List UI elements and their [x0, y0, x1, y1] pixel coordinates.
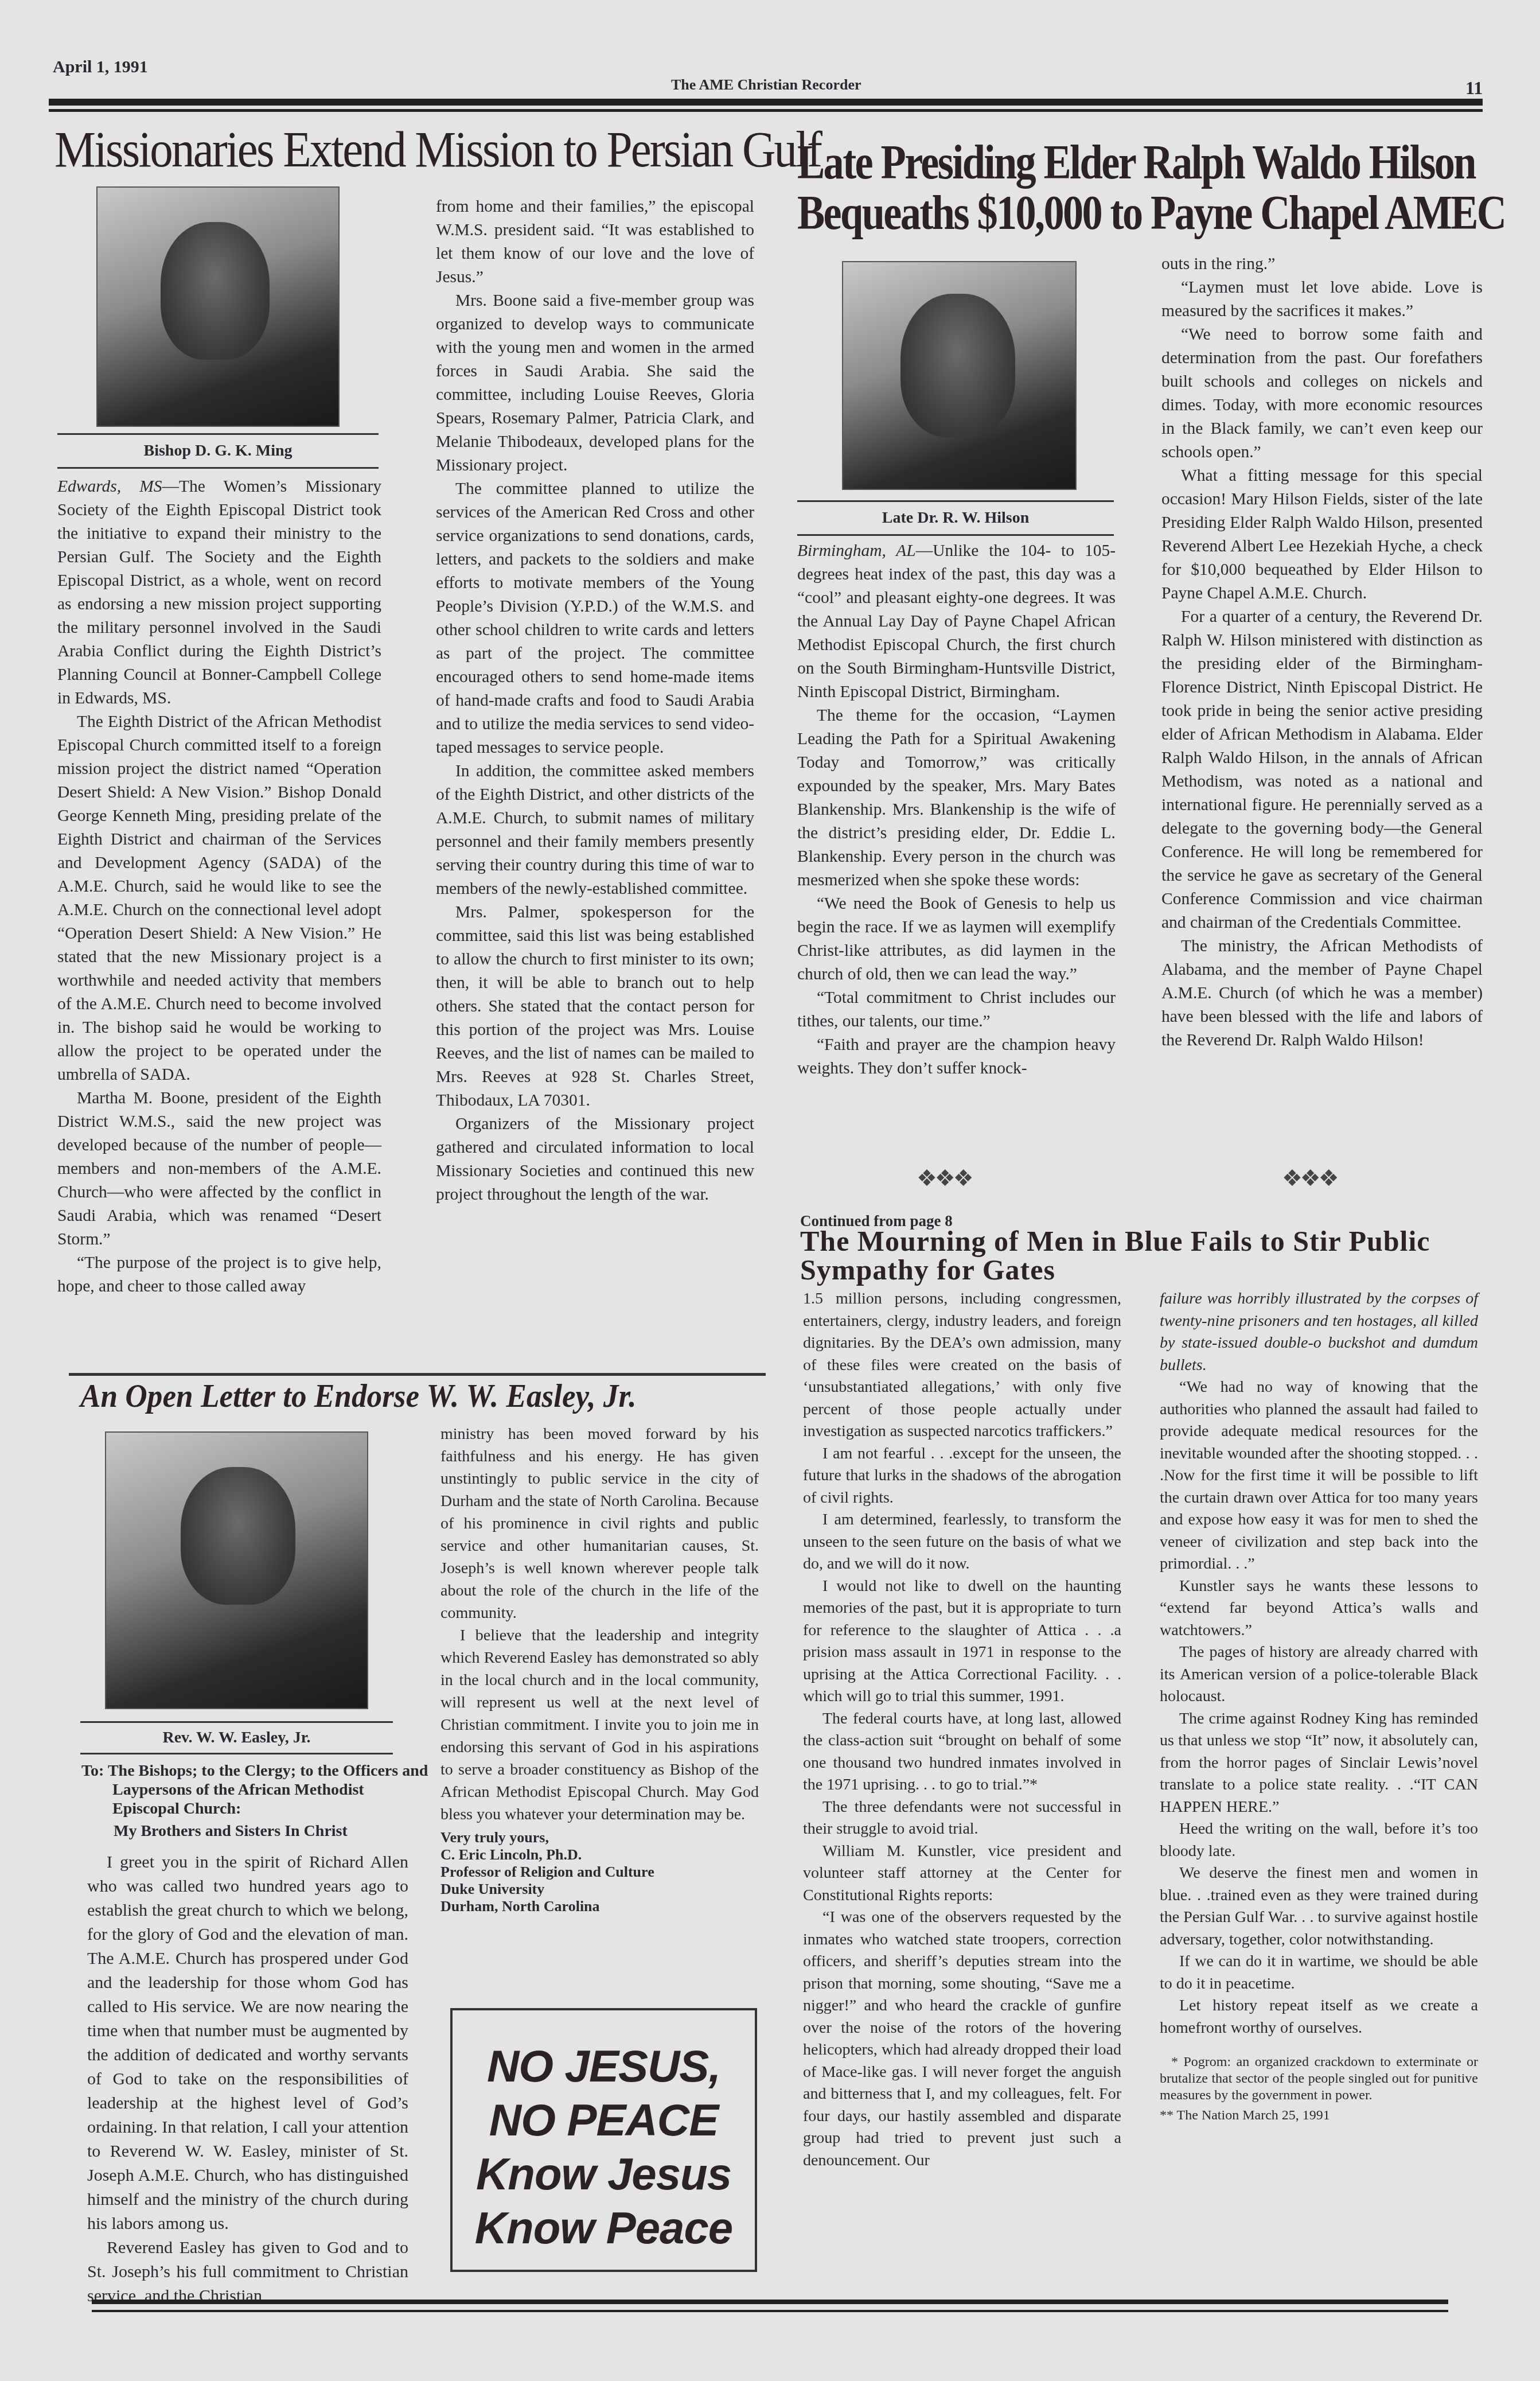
- headline-hilson: Late Presiding Elder Ralph Waldo Hilson …: [797, 138, 1512, 239]
- paragraph: The theme for the occasion, “Laymen Lead…: [797, 704, 1116, 892]
- column-hilson-2: outs in the ring.” “Laymen must let love…: [1161, 252, 1483, 1052]
- photo-bishop-ming: [96, 186, 340, 427]
- footnote-pogrom: * Pogrom: an organized crackdown to exte…: [1160, 2054, 1478, 2104]
- no-jesus-no-peace-box: NO JESUS, NO PEACE Know Jesus Know Peace: [450, 2008, 757, 2272]
- paragraph: Organizers of the Missionary project gat…: [436, 1112, 754, 1207]
- issue-date: April 1, 1991: [53, 57, 148, 77]
- ornament-icon: ❖❖❖: [917, 1165, 972, 1192]
- paragraph: I am determined, fearlessly, to transfor…: [803, 1509, 1121, 1575]
- paragraph: ministry has been moved forward by his f…: [440, 1423, 759, 1624]
- paragraph: I would not like to dwell on the hauntin…: [803, 1575, 1121, 1708]
- masthead-rule-thin: [49, 109, 1483, 112]
- publication-title: The AME Christian Recorder: [671, 76, 861, 94]
- paragraph: Birmingham, AL—Unlike the 104- to 105-de…: [797, 539, 1116, 704]
- column-missionaries-2: from home and their families,” the episc…: [436, 195, 754, 1207]
- signature-title: Professor of Religion and Culture: [440, 1863, 759, 1881]
- paragraph: For a quarter of a century, the Reverend…: [1161, 605, 1483, 935]
- signature-institution: Duke University: [440, 1881, 759, 1898]
- photo-hilson: [842, 261, 1077, 490]
- signature-closing: Very truly yours,: [440, 1829, 759, 1846]
- paragraph: Mrs. Palmer, spokesperson for the commit…: [436, 901, 754, 1112]
- signature-location: Durham, North Carolina: [440, 1898, 759, 1915]
- ornament-icon: ❖❖❖: [1282, 1165, 1337, 1192]
- paragraph: I am not fearful . . .except for the uns…: [803, 1443, 1121, 1509]
- paragraph: “Laymen must let love abide. Love is mea…: [1161, 276, 1483, 323]
- column-easley-2: ministry has been moved forward by his f…: [440, 1423, 759, 1915]
- dateline: Edwards, MS: [57, 477, 162, 496]
- headline-easley-letter: An Open Letter to Endorse W. W. Easley, …: [80, 1378, 637, 1415]
- dateline: Birmingham, AL: [797, 542, 916, 560]
- peace-line: NO JESUS,: [453, 2039, 755, 2093]
- headline-mourning: The Mourning of Men in Blue Fails to Sti…: [800, 1227, 1511, 1284]
- paragraph: William M. Kunstler, vice president and …: [803, 1841, 1121, 1907]
- paragraph: If we can do it in wartime, we should be…: [1160, 1951, 1478, 1995]
- paragraph: Reverend Easley has given to God and to …: [87, 2236, 408, 2308]
- footnotes: * Pogrom: an organized crackdown to exte…: [1160, 2054, 1478, 2124]
- paragraph: Let history repeat itself as we create a…: [1160, 1995, 1478, 2039]
- paragraph: Martha M. Boone, president of the Eighth…: [57, 1087, 381, 1251]
- paragraph: “We need the Book of Genesis to help us …: [797, 892, 1116, 986]
- letter-greeting: My Brothers and Sisters In Christ: [114, 1822, 348, 1841]
- footer-rule: [92, 2300, 1448, 2304]
- masthead-rule: [49, 99, 1483, 106]
- paragraph: The three defendants were not successful…: [803, 1796, 1121, 1841]
- headline-missionaries: Missionaries Extend Mission to Persian G…: [54, 125, 821, 176]
- paragraph: What a fitting message for this special …: [1161, 464, 1483, 605]
- paragraph: “We had no way of knowing that the autho…: [1160, 1376, 1478, 1575]
- paragraph: “The purpose of the project is to give h…: [57, 1251, 381, 1298]
- paragraph: The ministry, the African Methodists of …: [1161, 935, 1483, 1052]
- column-easley-1: I greet you in the spirit of Richard All…: [87, 1850, 408, 2308]
- paragraph: I greet you in the spirit of Richard All…: [87, 1850, 408, 2236]
- footnote-source: ** The Nation March 25, 1991: [1160, 2107, 1478, 2124]
- caption-hilson: Late Dr. R. W. Hilson: [797, 500, 1114, 536]
- paragraph: “I was one of the observers requested by…: [803, 1907, 1121, 2172]
- column-hilson-1: Birmingham, AL—Unlike the 104- to 105-de…: [797, 539, 1116, 1080]
- paragraph: In addition, the committee asked members…: [436, 760, 754, 901]
- paragraph: The Eighth District of the African Metho…: [57, 710, 381, 1087]
- letter-signature: Very truly yours, C. Eric Lincoln, Ph.D.…: [440, 1829, 759, 1915]
- portrait-figure: [161, 222, 270, 360]
- paragraph: The crime against Rodney King has remind…: [1160, 1708, 1478, 1819]
- column-mourning-1: 1.5 million persons, including congressm…: [803, 1288, 1121, 2172]
- portrait-figure: [181, 1467, 295, 1605]
- peace-line: NO PEACE: [453, 2093, 755, 2147]
- column-missionaries-1: Edwards, MS—The Women’s Missionary Socie…: [57, 475, 381, 1298]
- paragraph: Mrs. Boone said a five-member group was …: [436, 289, 754, 477]
- paragraph: I believe that the leadership and integr…: [440, 1624, 759, 1826]
- portrait-figure: [900, 294, 1015, 437]
- paragraph: We deserve the finest men and women in b…: [1160, 1862, 1478, 1951]
- column-mourning-2: failure was horribly illustrated by the …: [1160, 1288, 1478, 2124]
- peace-line: Know Peace: [453, 2201, 755, 2255]
- paragraph: 1.5 million persons, including congressm…: [803, 1288, 1121, 1443]
- paragraph: The pages of history are already charred…: [1160, 1641, 1478, 1708]
- caption-bishop-ming: Bishop D. G. K. Ming: [57, 433, 379, 469]
- paragraph: “Total commitment to Christ includes our…: [797, 986, 1116, 1033]
- paragraph: “We need to borrow some faith and determ…: [1161, 323, 1483, 464]
- paragraph: outs in the ring.”: [1161, 252, 1483, 276]
- paragraph: The federal courts have, at long last, a…: [803, 1708, 1121, 1796]
- paragraph: The committee planned to utilize the ser…: [436, 477, 754, 760]
- paragraph: Heed the writing on the wall, before it’…: [1160, 1818, 1478, 1862]
- peace-line: Know Jesus: [453, 2147, 755, 2201]
- paragraph: from home and their families,” the episc…: [436, 195, 754, 289]
- paragraph: “Faith and prayer are the champion heavy…: [797, 1033, 1116, 1080]
- signature-name: C. Eric Lincoln, Ph.D.: [440, 1846, 759, 1863]
- footer-rule-thin: [92, 2310, 1448, 2312]
- letter-address: To: The Bishops; to the Clergy; to the O…: [81, 1761, 431, 1818]
- page-number: 11: [1465, 77, 1483, 99]
- caption-easley: Rev. W. W. Easley, Jr.: [80, 1721, 393, 1754]
- paragraph: Kunstler says he wants these lessons to …: [1160, 1575, 1478, 1642]
- paragraph: Edwards, MS—The Women’s Missionary Socie…: [57, 475, 381, 710]
- photo-easley: [105, 1431, 368, 1709]
- section-divider: [69, 1373, 766, 1376]
- paragraph: failure was horribly illustrated by the …: [1160, 1288, 1478, 1376]
